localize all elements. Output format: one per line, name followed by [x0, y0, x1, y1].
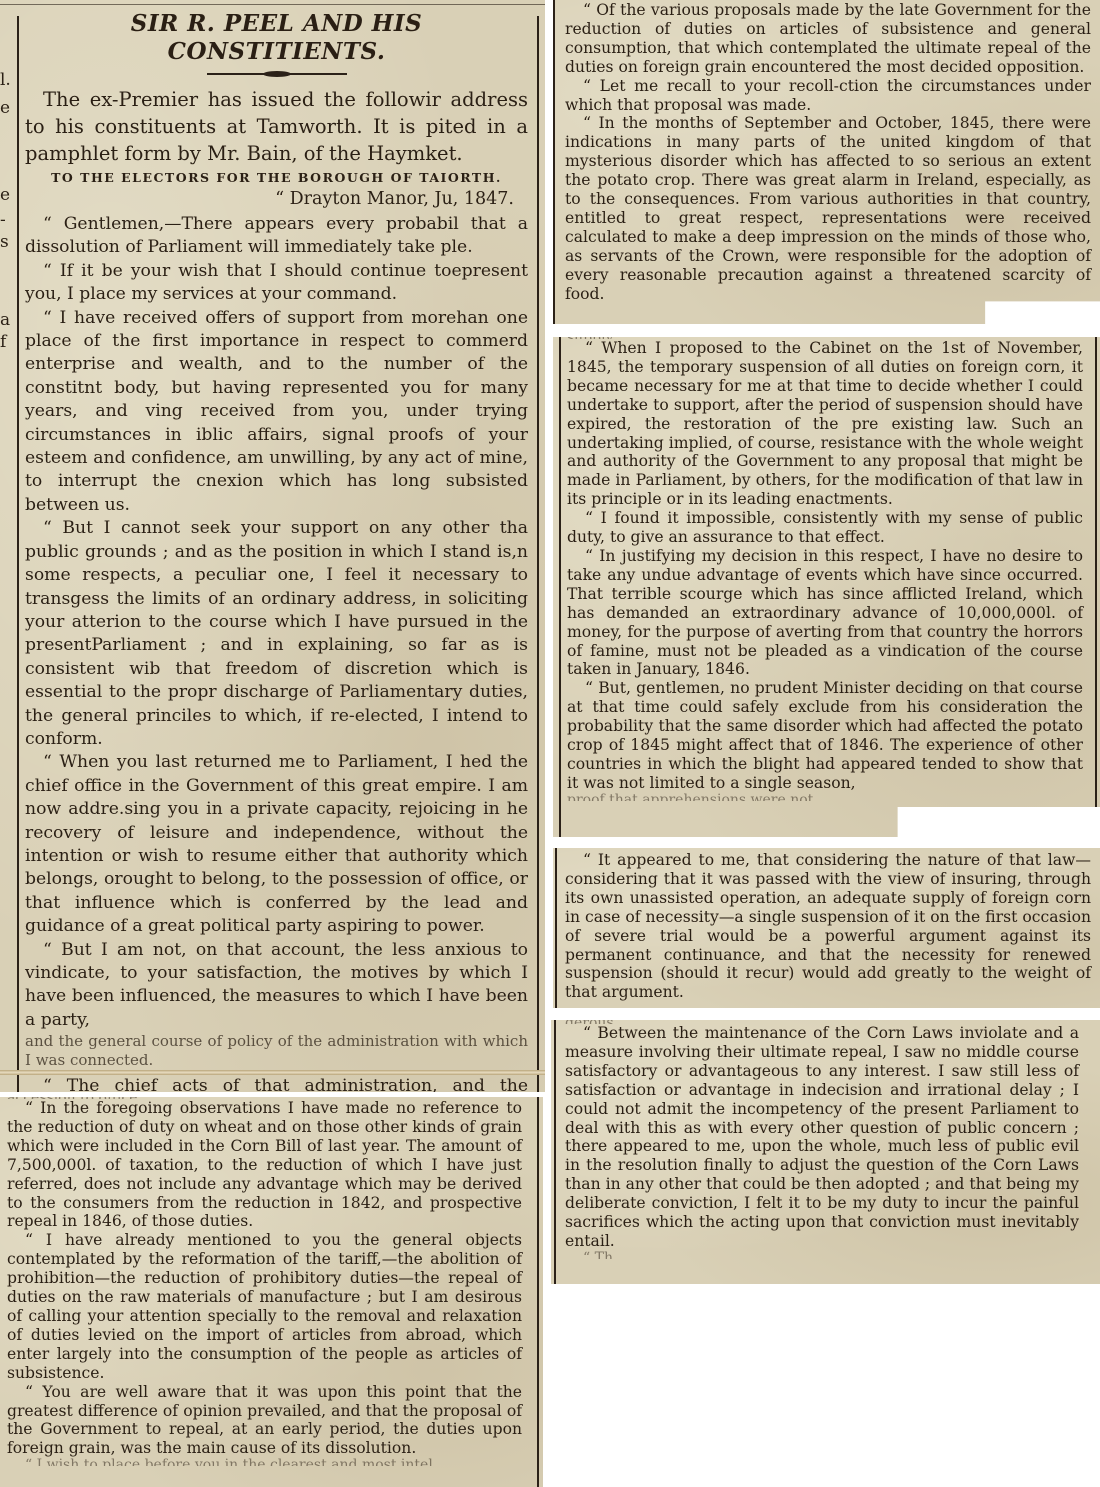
faded-line: and the general course of policy of the … — [25, 1032, 528, 1070]
article-column: supply. “ When I proposed to the Cabinet… — [567, 337, 1083, 801]
paragraph: “ Gentlemen,—There appears every probabi… — [25, 213, 528, 260]
margin-fragment: - — [0, 210, 6, 230]
paragraph: “ I found it impossible, consistently wi… — [567, 509, 1083, 547]
paragraph: “ Let me recall to your recoll-ction the… — [565, 77, 1091, 115]
paragraph: “ But I cannot seek your support on any … — [25, 517, 528, 751]
margin-fragment: f — [0, 332, 6, 352]
cut-off-line: proof that apprehensions were not — [567, 793, 1083, 801]
article-column: accession to office. “ In the foregoing … — [7, 1097, 522, 1466]
paragraph: “ Between the maintenance of the Corn La… — [565, 1024, 1079, 1251]
paragraph: “ It appeared to me, that considering th… — [565, 851, 1091, 1002]
column-rule-right — [537, 1097, 539, 1487]
paragraph: “ In justifying my decision in this resp… — [567, 547, 1083, 679]
cut-off-line: accession to office. — [7, 1097, 522, 1099]
article-column: SIR R. PEEL AND HIS CONSTITIENTS. The ex… — [25, 10, 528, 1092]
column-rule-left — [553, 0, 555, 324]
dateline: “ Drayton Manor, Ju, 1847. — [25, 187, 528, 211]
clipping-panel-5: “ It appeared to me, that considering th… — [553, 848, 1100, 1008]
article-column: “ It appeared to me, that considering th… — [565, 851, 1091, 1002]
cut-off-line: supply. — [567, 337, 1083, 339]
article-column: “ Of the various proposals made by the l… — [565, 1, 1091, 304]
lede-paragraph: The ex-Premier has issued the followir a… — [25, 86, 528, 167]
column-rule-right — [1095, 337, 1097, 837]
cut-off-line: “ I wish to place before you in the clea… — [7, 1458, 522, 1466]
margin-fragment: e — [0, 98, 10, 118]
paragraph: “ I have received offers of support from… — [25, 307, 528, 518]
article-column: gerous. “ Between the maintenance of the… — [565, 1020, 1079, 1259]
column-rule-left — [555, 848, 557, 1008]
clipping-panel-1: l. e e - s a f SIR R. PEEL AND HIS CONST… — [0, 0, 545, 1092]
cut-off-line: gerous. — [565, 1020, 1079, 1024]
clipping-panel-6: gerous. “ Between the maintenance of the… — [551, 1020, 1100, 1284]
paragraph: “ In the foregoing observations I have m… — [7, 1099, 522, 1231]
paragraph: “ When I proposed to the Cabinet on the … — [567, 339, 1083, 509]
paragraph: “ I have already mentioned to you the ge… — [7, 1231, 522, 1382]
column-rule-left — [559, 337, 561, 837]
paragraph: “ You are well aware that it was upon th… — [7, 1383, 522, 1459]
paragraph: “ But I am not, on that account, the les… — [25, 939, 528, 1033]
paragraph: “ The chief acts of that administration,… — [25, 1075, 528, 1092]
margin-fragment: e — [0, 185, 10, 205]
clipping-panel-2: accession to office. “ In the foregoing … — [0, 1097, 543, 1487]
clipping-panel-3: “ Of the various proposals made by the l… — [553, 0, 1100, 324]
clipping-panel-4: supply. “ When I proposed to the Cabinet… — [553, 337, 1100, 837]
address-heading: TO THE ELECTORS FOR THE BOROUGH OF TAIOR… — [25, 169, 528, 187]
column-rule-left — [554, 1020, 556, 1284]
margin-fragment: l. — [0, 70, 11, 90]
paragraph: “ If it be your wish that I should conti… — [25, 260, 528, 307]
column-rule-left — [17, 16, 19, 1092]
ornamental-divider — [207, 72, 347, 76]
paragraph: “ In the months of September and October… — [565, 114, 1091, 303]
column-rule-right — [537, 16, 539, 1092]
paragraph: “ But, gentlemen, no prudent Minister de… — [567, 679, 1083, 792]
paragraph: “ When you last returned me to Parliamen… — [25, 751, 528, 938]
paragraph: “ Of the various proposals made by the l… — [565, 1, 1091, 77]
margin-fragment: s — [0, 232, 9, 252]
cut-off-line: “ Th — [565, 1251, 1079, 1259]
headline: SIR R. PEEL AND HIS CONSTITIENTS. — [25, 10, 528, 66]
margin-fragment: a — [0, 310, 10, 330]
top-rule — [0, 4, 545, 5]
